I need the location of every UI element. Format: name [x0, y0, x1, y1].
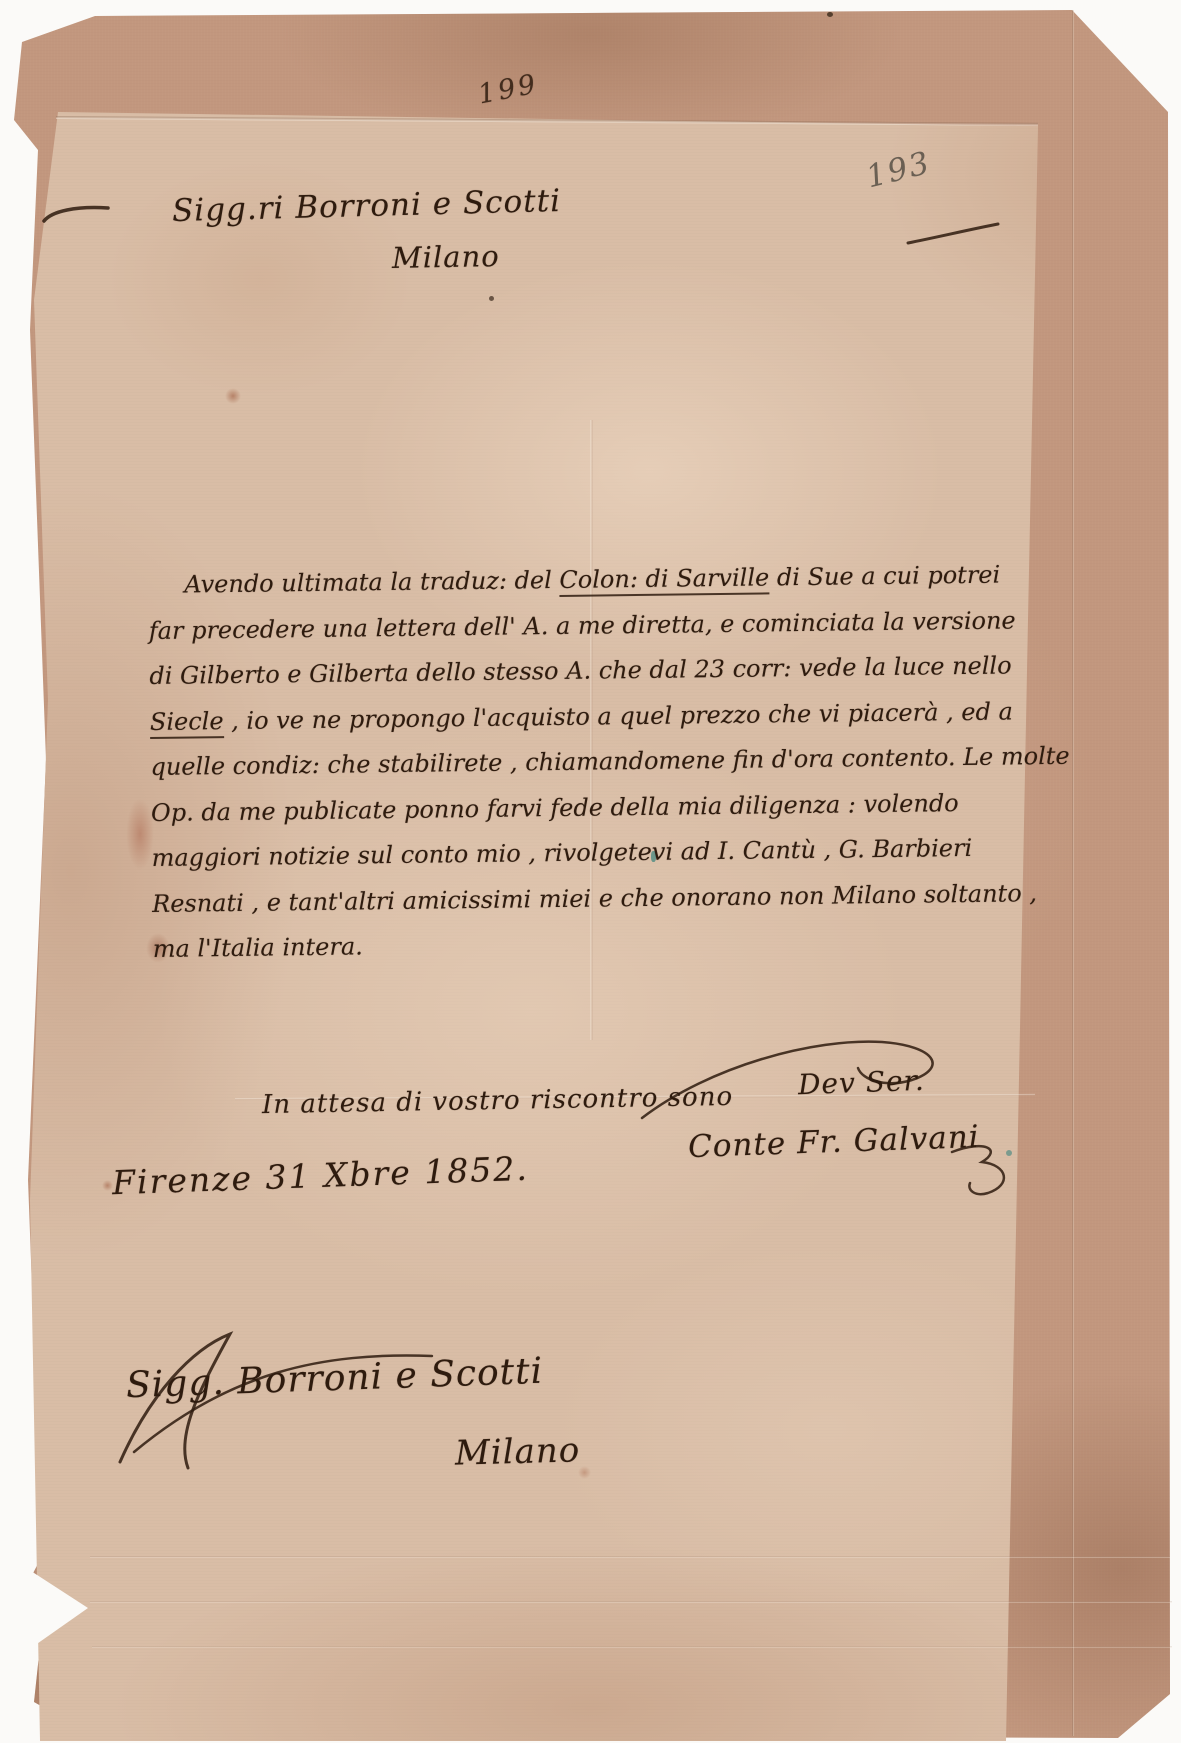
bottom-fold-crease: [90, 1556, 1170, 1558]
underlined-phrase: Siecle: [150, 707, 224, 739]
recipient-city-line: Milano: [392, 239, 500, 275]
footer-city-line: Milano: [454, 1430, 580, 1473]
body-text-segment: , io ve ne propongo l'acquisto a quel pr…: [223, 697, 1013, 735]
body-text-segment: di Gilberto e Gilberta dello stesso A. c…: [149, 651, 1012, 690]
letter-body: Avendo ultimata la traduz: del Colon: di…: [148, 553, 993, 973]
signature-valediction: Dev Ser.: [797, 1064, 925, 1101]
bottom-fold-crease: [92, 1646, 1172, 1648]
body-text-segment: maggiori notizie sul conto mio , rivolge…: [151, 834, 972, 872]
body-text-segment: Op. da me publicate ponno farvi fede del…: [151, 789, 959, 827]
body-text-segment: di Sue a cui potrei: [769, 561, 1000, 592]
bottom-fold-crease: [90, 1601, 1172, 1603]
underlined-phrase: Colon: di Sarville: [559, 563, 769, 597]
body-text-segment: Resnati , e tant'altri amicissimi miei e…: [152, 879, 1037, 918]
body-text-segment: quelle condiz: che stabilirete , chiaman…: [150, 742, 1069, 781]
body-text-segment: far precedere una lettera dell' A. a me …: [149, 606, 1016, 645]
under-sheet-edge: [1072, 10, 1074, 1736]
body-text-segment: Avendo ultimata la traduz: del: [184, 566, 560, 599]
scanned-letter-page: 199 193 Sigg.ri Borroni e Scotti Milano …: [0, 0, 1181, 1743]
body-text-segment: ma l'Italia intera.: [153, 932, 363, 963]
